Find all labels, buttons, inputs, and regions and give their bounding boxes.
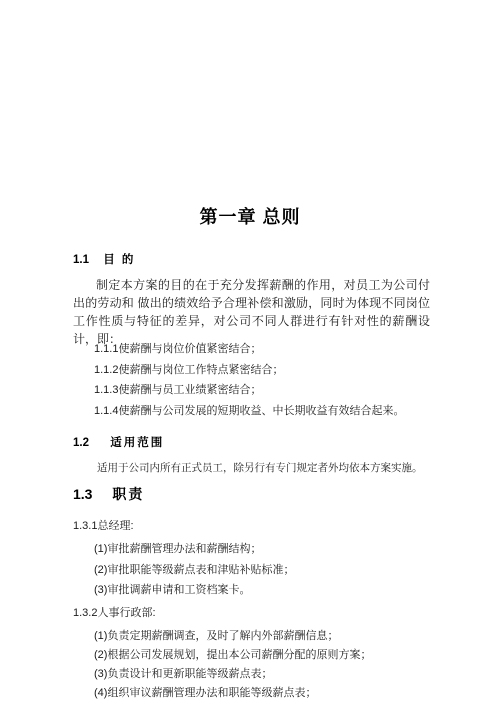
list-item: 1.1.4使薪酬与公司发展的短期收益、中长期收益有效结合起来。 (94, 401, 404, 422)
section-number: 1.1 (73, 254, 89, 266)
section-heading-1-3: 1.3 职责 (73, 484, 144, 504)
purpose-paragraph: 制定本方案的目的在于充分发挥薪酬的作用，对员工为公司付出的劳动和 做出的绩效给予… (73, 276, 430, 348)
list-item: (2)审批职能等级薪点表和津贴补贴标准； (94, 560, 294, 581)
document-page: 第一章 总则 1.1 目 的 制定本方案的目的在于充分发挥薪酬的作用，对员工为公… (0, 0, 500, 706)
subsection-label-hr-admin: 1.3.2人事行政部: (73, 604, 156, 620)
chapter-title: 第一章 总则 (0, 203, 500, 229)
section-heading-1-1: 1.1 目 的 (73, 251, 135, 267)
list-item: (1)审批薪酬管理办法和薪酬结构； (94, 539, 294, 560)
list-item: (4)组织审议薪酬管理办法和职能等级薪点表； (94, 684, 371, 703)
purpose-goal-list: 1.1.1使薪酬与岗位价值紧密结合； 1.1.2使薪酬与岗位工作特点紧密结合； … (94, 339, 404, 422)
hr-admin-duty-list: (1)负责定期薪酬调查，及时了解内外部薪酬信息； (2)根据公司发展规划，提出本… (94, 627, 371, 703)
list-item: (1)负责定期薪酬调查，及时了解内外部薪酬信息； (94, 627, 371, 646)
scope-paragraph: 适用于公司内所有正式员工，除另行有专门规定者外均依本方案实施。 (73, 461, 433, 475)
list-item: 1.1.3使薪酬与员工业绩紧密结合； (94, 380, 404, 401)
section-number: 1.2 (73, 437, 89, 449)
list-item: 1.1.2使薪酬与岗位工作特点紧密结合； (94, 360, 404, 381)
section-heading-1-2: 1.2 适用范围 (73, 434, 164, 450)
subsection-label-general-manager: 1.3.1总经理: (73, 517, 134, 533)
general-manager-duty-list: (1)审批薪酬管理办法和薪酬结构； (2)审批职能等级薪点表和津贴补贴标准； (… (94, 539, 294, 601)
section-number: 1.3 (73, 486, 92, 502)
list-item: (3)负责设计和更新职能等级薪点表； (94, 665, 371, 684)
section-title: 职责 (112, 484, 144, 504)
section-title: 适用范围 (110, 434, 164, 450)
list-item: 1.1.1使薪酬与岗位价值紧密结合； (94, 339, 404, 360)
list-item: (2)根据公司发展规划，提出本公司薪酬分配的原则方案； (94, 646, 371, 665)
list-item: (3)审批调薪申请和工资档案卡。 (94, 580, 294, 601)
section-title: 目 的 (103, 251, 135, 267)
